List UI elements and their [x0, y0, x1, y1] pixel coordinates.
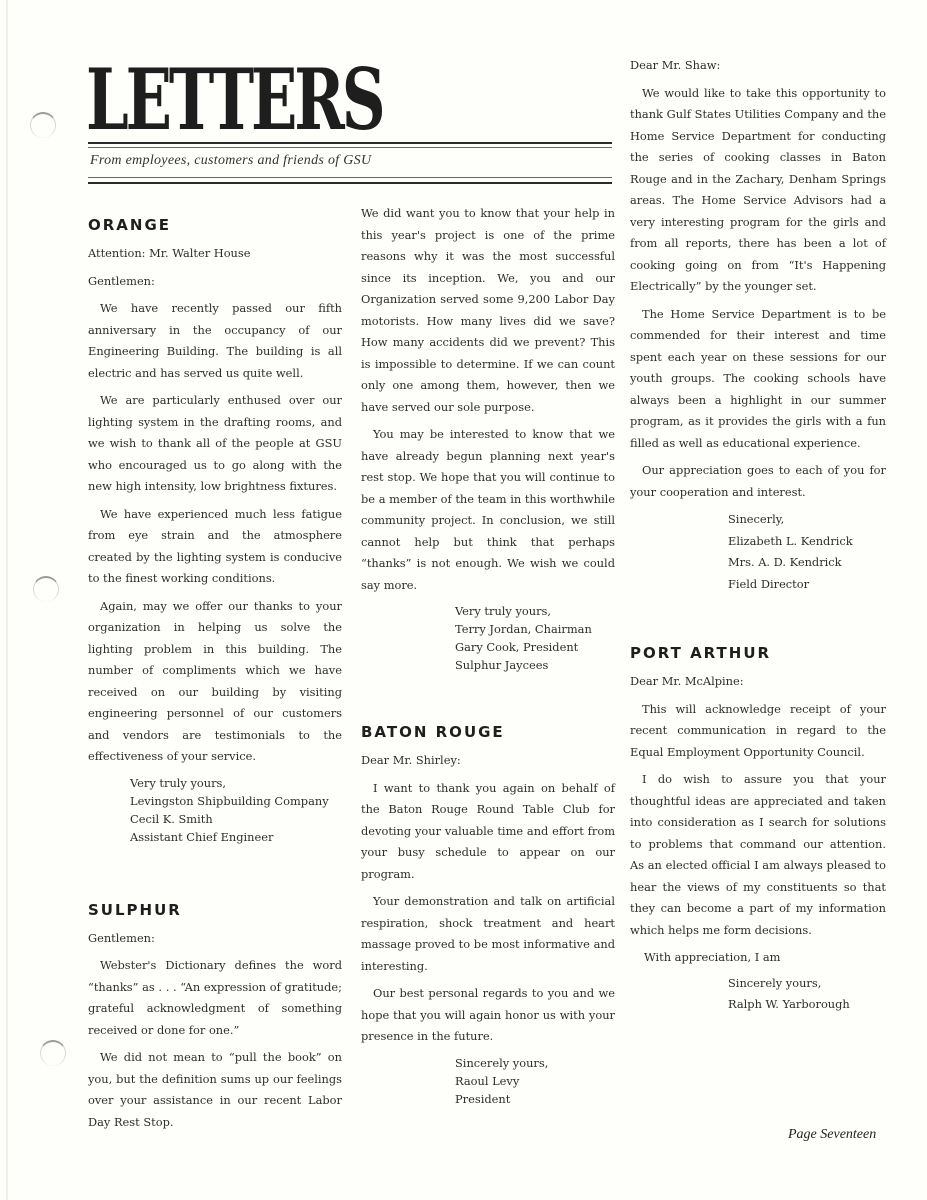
- appreciation-line: With appreciation, I am: [630, 947, 886, 969]
- letter-paragraph: Our appreciation goes to each of you for…: [630, 460, 886, 503]
- hole-punch-mark: [33, 576, 59, 602]
- signer-name: Ralph W. Yarborough: [728, 994, 886, 1016]
- page-title: LETTERS: [86, 62, 383, 140]
- hole-punch-mark: [40, 1040, 66, 1066]
- letter-sulphur-continued: We did want you to know that your help i…: [361, 203, 615, 674]
- letter-signature: Sincerely yours, Raoul Levy President: [455, 1054, 615, 1108]
- letter-sulphur: SULPHUR Gentlemen: Webster's Dictionary …: [88, 898, 342, 1134]
- signer-name: Elizabeth L. Kendrick: [728, 531, 886, 553]
- signer-name: Terry Jordan, Chairman: [455, 620, 615, 638]
- letter-signature: Very truly yours, Levingston Shipbuildin…: [130, 774, 342, 846]
- letter-paragraph: You may be interested to know that we ha…: [361, 424, 615, 596]
- signer-title: Assistant Chief Engineer: [130, 828, 342, 846]
- letter-paragraph: We did want you to know that your help i…: [361, 203, 615, 418]
- column-middle: We did want you to know that your help i…: [361, 203, 615, 1108]
- signer-name: Raoul Levy: [455, 1072, 615, 1090]
- section-heading-port-arthur: PORT ARTHUR: [630, 641, 886, 665]
- letter-paragraph: We have recently passed our fifth annive…: [88, 298, 342, 384]
- page-edge: [6, 0, 8, 1200]
- letter-port-arthur: PORT ARTHUR Dear Mr. McAlpine: This will…: [630, 641, 886, 1016]
- letter-paragraph: We are particularly enthused over our li…: [88, 390, 342, 498]
- signer-company: Levingston Shipbuilding Company: [130, 792, 342, 810]
- letter-paragraph: We did not mean to “pull the book” on yo…: [88, 1047, 342, 1133]
- signer-title: President: [455, 1090, 615, 1108]
- closing-line: Very truly yours,: [455, 602, 615, 620]
- salutation: Gentlemen:: [88, 928, 342, 950]
- letter-baton-rouge-shaw: Dear Mr. Shaw: We would like to take thi…: [630, 55, 886, 595]
- divider: [88, 142, 612, 144]
- letter-paragraph: We have experienced much less fatigue fr…: [88, 504, 342, 590]
- signer-name: Mrs. A. D. Kendrick: [728, 552, 886, 574]
- masthead-subtitle: From employees, customers and friends of…: [90, 153, 371, 169]
- letter-orange: ORANGE Attention: Mr. Walter House Gentl…: [88, 213, 342, 846]
- letter-paragraph: Our best personal regards to you and we …: [361, 983, 615, 1048]
- salutation: Dear Mr. Shirley:: [361, 750, 615, 772]
- letter-paragraph: I want to thank you again on behalf of t…: [361, 778, 615, 886]
- section-heading-sulphur: SULPHUR: [88, 898, 342, 922]
- salutation: Dear Mr. McAlpine:: [630, 671, 886, 693]
- divider: [88, 182, 612, 184]
- letter-paragraph: This will acknowledge receipt of your re…: [630, 699, 886, 764]
- closing-line: Very truly yours,: [130, 774, 342, 792]
- letter-signature: Sincerely yours, Ralph W. Yarborough: [728, 973, 886, 1016]
- letter-paragraph: I do wish to assure you that your though…: [630, 769, 886, 941]
- letter-baton-rouge: BATON ROUGE Dear Mr. Shirley: I want to …: [361, 720, 615, 1108]
- column-right: Dear Mr. Shaw: We would like to take thi…: [630, 55, 886, 1016]
- divider: [88, 177, 612, 178]
- letter-paragraph: Webster's Dictionary defines the word “t…: [88, 955, 342, 1041]
- signer-name: Cecil K. Smith: [130, 810, 342, 828]
- letter-paragraph: Again, may we offer our thanks to your o…: [88, 596, 342, 768]
- column-left: ORANGE Attention: Mr. Walter House Gentl…: [88, 213, 342, 1139]
- letter-paragraph: Your demonstration and talk on artificia…: [361, 891, 615, 977]
- letter-signature: Sinecerly, Elizabeth L. Kendrick Mrs. A.…: [728, 509, 886, 595]
- masthead: LETTERS: [86, 62, 466, 134]
- letter-paragraph: The Home Service Department is to be com…: [630, 304, 886, 455]
- signer-title: Field Director: [728, 574, 886, 596]
- salutation: Dear Mr. Shaw:: [630, 55, 886, 77]
- signer-name: Gary Cook, President: [455, 638, 615, 656]
- attention-line: Attention: Mr. Walter House: [88, 243, 342, 265]
- letter-signature: Very truly yours, Terry Jordan, Chairman…: [455, 602, 615, 674]
- closing-line: Sincerely yours,: [728, 973, 886, 995]
- magazine-page: LETTERS From employees, customers and fr…: [0, 0, 927, 1200]
- hole-punch-mark: [30, 112, 56, 138]
- section-heading-baton-rouge: BATON ROUGE: [361, 720, 615, 744]
- signer-organization: Sulphur Jaycees: [455, 656, 615, 674]
- page-number: Page Seventeen: [788, 1127, 876, 1143]
- letter-paragraph: We would like to take this opportunity t…: [630, 83, 886, 298]
- section-heading-orange: ORANGE: [88, 213, 342, 237]
- divider: [88, 147, 612, 148]
- salutation: Gentlemen:: [88, 271, 342, 293]
- closing-line: Sinecerly,: [728, 509, 886, 531]
- closing-line: Sincerely yours,: [455, 1054, 615, 1072]
